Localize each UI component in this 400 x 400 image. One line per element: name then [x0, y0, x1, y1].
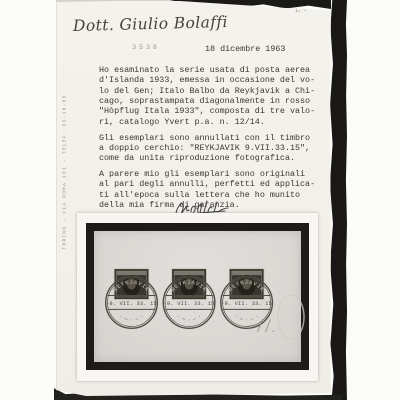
- typed-line: ri, catalogo Yvert p.a. n. 12/14.: [99, 117, 321, 127]
- stamps-and-postmarks: REYKJAVIK -9. VII. 33. 15 · — · — ·: [94, 231, 301, 362]
- typed-line: A parere mio gli esemplari sono original…: [99, 169, 321, 179]
- cover-image: REYKJAVIK -9. VII. 33. 15 · — · — ·: [94, 231, 301, 362]
- paragraph: Gli esemplari sono annullati con il timb…: [99, 133, 321, 164]
- certificate-serial-number: 3538: [115, 44, 177, 51]
- typed-line: al pari degli annulli, perfetti ed appli…: [99, 179, 321, 189]
- typed-line: a doppio cerchio: "REYKJAVIK 9.VII.33.15…: [99, 143, 321, 153]
- certificate-body: Ho esaminato la serie usata di posta aer…: [99, 65, 321, 216]
- certificate-paper: L40E Dott. Giulio Bolaffi 3538 18 dicemb…: [56, 0, 332, 400]
- certificate-date: 18 dicembre 1963: [205, 44, 285, 54]
- typed-line: d'Islanda 1933, emessa in occasione del …: [99, 75, 321, 85]
- typed-line: Ho esaminato la serie usata di posta aer…: [99, 65, 321, 75]
- certificate-scan: L40E Dott. Giulio Bolaffi 3538 18 dicemb…: [0, 0, 400, 400]
- backdrop-right-edge: [329, 0, 347, 400]
- embossed-dry-seal-icon: [275, 292, 307, 342]
- typed-line: lo del Gen; Italo Balbo da Reykjavik a C…: [99, 86, 321, 96]
- issuer-letterhead: Dott. Giulio Bolaffi: [73, 13, 228, 35]
- paragraph: Ho esaminato la serie usata di posta aer…: [99, 65, 321, 127]
- typed-line: Gli esemplari sono annullati con il timb…: [99, 133, 321, 143]
- typed-line: "Hòpflug Itala 1933", composta di tre va…: [99, 106, 321, 116]
- typed-line: cago, soprastampata diagonalmente in ros…: [99, 96, 321, 106]
- typed-line: come da unita riproduzione fotografica.: [99, 153, 321, 163]
- typed-line: ti all'epoca sulla lettera che ho munito: [99, 190, 321, 200]
- letterhead-side-address: TORINO - VIA ROMA 101 - TELEF. 55-18-05: [63, 100, 68, 250]
